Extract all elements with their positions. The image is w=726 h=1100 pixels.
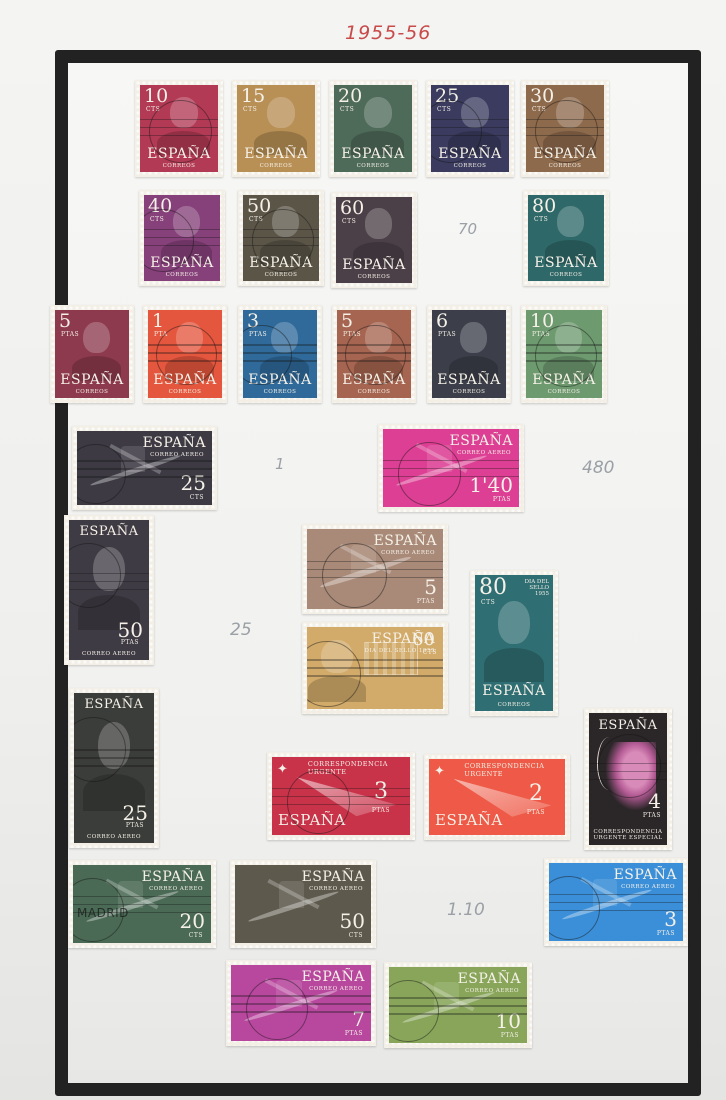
stamp-caption: CORREOS (528, 272, 604, 278)
stamp-franco-1p: ESPAÑACORREOS1PTA (143, 305, 227, 403)
stamp-unit: PTAS (61, 331, 79, 338)
postmark-line (389, 1013, 527, 1015)
stamp-country: ESPAÑA (475, 683, 553, 699)
portrait-illustration (453, 321, 494, 376)
stamp-design: ESPAÑACORREO AEREO5PTAS (307, 529, 443, 609)
stamp-country: ESPAÑA (614, 867, 677, 883)
postmark-line (383, 460, 519, 462)
stamp-franco-30c: ESPAÑACORREOS30CTS (521, 80, 609, 177)
stamp-design: ESPAÑACORREOS80CTS (528, 195, 604, 281)
stamp-dia-sello-60c: ESPAÑADIA DEL SELLO 195560CTS (302, 622, 448, 714)
stamp-unit: PTAS (493, 496, 511, 503)
stamp-caption: CORREO AEREO (381, 550, 435, 556)
stamp-unit: PTAS (643, 812, 661, 819)
stamp-value: 6 (436, 312, 448, 331)
stamp-caption: CORREOS (334, 163, 412, 169)
postmark-line (431, 135, 509, 137)
stamp-design: ESPAÑACORREO AEREO25CTS (77, 431, 212, 505)
postmark-line (389, 997, 527, 999)
stamp-country: ESPAÑA (74, 697, 154, 712)
stamp-caption: CORREO AEREO (74, 834, 154, 840)
postmark (535, 100, 599, 164)
stamp-country: ESPAÑA (336, 257, 412, 273)
stamp-urgente-3p: ✦ESPAÑACORRESPONDENCIA URGENTE3PTAS (267, 752, 415, 840)
stamp-caption: CORREOS (140, 163, 218, 169)
portrait-illustration (259, 95, 303, 149)
stamp-value: 50 (340, 911, 365, 931)
postmark-line (337, 360, 411, 362)
stamp-caption: CORREOS (148, 389, 222, 395)
stamp-franco-10p: ESPAÑACORREOS10PTAS (521, 305, 607, 403)
postmark-line (77, 468, 212, 470)
stamp-unit: PTAS (657, 930, 675, 937)
stamp-urgente-2p: ✦ESPAÑACORRESPONDENCIA URGENTE2PTAS (424, 754, 570, 840)
postmark-line (243, 237, 319, 239)
postmark-line (74, 749, 154, 751)
stamp-franco-50c: ESPAÑACORREOS50CTS (238, 190, 324, 286)
stamp-design: ✦ESPAÑACORRESPONDENCIA URGENTE3PTAS (272, 757, 410, 835)
postmark-line (307, 667, 443, 669)
stamp-caption: CORREOS (243, 389, 317, 395)
stamp-caption: CORRESPONDENCIA URGENTE ESPECIAL (589, 829, 667, 841)
stamp-value: 4 (648, 791, 661, 811)
stamp-franco-3p: ESPAÑACORREOS3PTAS (238, 305, 322, 403)
postmark-line (140, 119, 218, 121)
stamp-country: ESPAÑA (589, 718, 667, 733)
stamp-value: 5 (59, 312, 71, 331)
postmark (535, 325, 597, 387)
compass-star-icon: ✦ (434, 764, 445, 779)
stamp-caption: CORREOS (526, 389, 602, 395)
postmark-line (73, 896, 211, 898)
stamp-value: 60 (340, 199, 364, 218)
postmark (345, 325, 406, 386)
postmark-line (307, 659, 443, 661)
stamp-country: ESPAÑA (142, 869, 205, 885)
postmark-line (148, 344, 222, 346)
stamp-country: ESPAÑA (450, 433, 513, 449)
stamp-country: ESPAÑA (237, 146, 315, 162)
postmark-line (589, 771, 667, 773)
stamp-caption: CORREO AEREO (149, 886, 203, 892)
stamp-value: 50 (118, 620, 143, 640)
stamp-design: ESPAÑACORREO AEREO3PTAS (549, 863, 683, 941)
stamp-design: ESPAÑACORREOS60CTS (336, 197, 412, 283)
stamp-country: ESPAÑA (302, 969, 365, 985)
stamp-design: ESPAÑACORREO AEREO7PTAS (231, 965, 371, 1041)
postmark (252, 209, 314, 271)
postmark (287, 770, 351, 834)
stamp-country: ESPAÑA (55, 372, 129, 388)
postmark-line (589, 763, 667, 765)
stamp-unit: PTAS (438, 331, 456, 338)
postmark (149, 100, 213, 164)
stamp-value: 5 (341, 312, 353, 331)
stamp-country: ESPAÑA (302, 869, 365, 885)
stamp-value: 3 (664, 909, 677, 929)
stamp-franco-5p-brown: ESPAÑACORREOS5PTAS (332, 305, 416, 403)
stamp-country: ESPAÑA (432, 372, 506, 388)
stamp-country: ESPAÑA (458, 971, 521, 987)
stamp-design: ESPAÑACORREO AEREO50PTAS (69, 520, 149, 660)
stamp-franco-60c: ESPAÑACORREOS60CTS (331, 192, 417, 288)
pencil-note: 70 (458, 220, 477, 238)
postmark-line (389, 1005, 527, 1007)
stamp-franco-20c: ESPAÑACORREOS20CTS (329, 80, 417, 177)
stamp-design: ESPAÑACORREOS40CTS (144, 195, 220, 281)
stamp-design: ESPAÑACORREOS10CTS (140, 85, 218, 172)
stamp-design: ESPAÑACORREOS30CTS (526, 85, 604, 172)
pencil-note: 25 (230, 620, 252, 640)
postmark-line (307, 569, 443, 571)
stamp-airmail-1p40: ESPAÑACORREO AEREO1'40PTAS (378, 424, 524, 512)
stamp-franco-40c: ESPAÑACORREOS40CTS (139, 190, 225, 286)
postmark (246, 978, 308, 1040)
postmark-line (549, 902, 683, 904)
postmark-line (549, 910, 683, 912)
postmark-line (337, 352, 411, 354)
postmark-line (307, 675, 443, 677)
postmark-line (144, 237, 220, 239)
stamp-caption: CORREOS (337, 389, 411, 395)
postmark (598, 734, 662, 798)
postmark-line (337, 344, 411, 346)
album-page-title: 1955-56 (345, 22, 431, 44)
stamp-airmail-50c: ESPAÑACORREO AEREO50CTS (230, 860, 376, 948)
stamp-value: 80 (532, 197, 556, 216)
postmark-line (589, 779, 667, 781)
stamp-airmail-20c: ESPAÑACORREO AEREO20CTSMADRID (68, 860, 216, 948)
stamp-design: ESPAÑACORREO AEREO1'40PTAS (383, 429, 519, 507)
postmark (156, 325, 217, 386)
postmark-line (231, 1003, 371, 1005)
postmark-line (69, 581, 149, 583)
postmark-line (77, 460, 212, 462)
stamp-unit: CTS (481, 599, 495, 606)
stamp-airmail-quiroga-50p: ESPAÑACORREO AEREO50PTAS (64, 515, 154, 665)
stamp-design: ESPAÑACORREO AEREO25PTAS (74, 693, 154, 843)
stamp-design: ESPAÑACORREOS5PTAS (337, 310, 411, 398)
stamp-franco-5p-claret: ESPAÑACORREOS5PTAS (50, 305, 134, 403)
postmark-line (231, 995, 371, 997)
stamp-value: 1 (152, 312, 164, 331)
postmark-line (431, 119, 509, 121)
stamp-unit: PTAS (372, 807, 390, 814)
stamp-unit: CTS (340, 106, 354, 113)
stamp-caption: CORREO AEREO (621, 884, 675, 890)
postmark-line (526, 135, 604, 137)
stamp-country: ESPAÑA (528, 255, 604, 271)
pencil-note: 1.10 (447, 900, 485, 920)
stamp-caption: CORREOS (144, 272, 220, 278)
stamp-value: 5 (424, 577, 437, 597)
stamp-value: 20 (180, 911, 205, 931)
postmark-line (243, 344, 317, 346)
stamp-caption: CORREOS (475, 702, 553, 708)
stamp-dia-sello-80c: DIA DEL SELLO 1955ESPAÑACORREOS80CTS (470, 570, 558, 716)
stamp-top-label: DIA DEL SELLO 1955 (515, 579, 549, 597)
stamp-design: ESPAÑADIA DEL SELLO 195560CTS (307, 627, 443, 709)
postmark-line (526, 352, 602, 354)
stamp-airmail-5p: ESPAÑACORREO AEREO5PTAS (302, 524, 448, 614)
portrait-illustration (76, 321, 117, 376)
postmark-line (307, 561, 443, 563)
stamp-caption: CORREO AEREO (457, 450, 511, 456)
postmark-line (74, 757, 154, 759)
stamp-unit: PTAS (345, 1030, 363, 1037)
stamp-caption: CORREOS (243, 272, 319, 278)
stamp-unit: CTS (534, 216, 548, 223)
stamp-caption: CORRESPONDENCIA URGENTE (464, 762, 565, 778)
stamp-caption: CORREO AEREO (309, 886, 363, 892)
postmark (398, 442, 462, 506)
postmark-line (431, 127, 509, 129)
stamp-unit: CTS (423, 649, 437, 705)
stamp-value: 1'40 (469, 475, 513, 495)
stamp-design: ESPAÑACORREOS5PTAS (55, 310, 129, 398)
stamp-unit: PTAS (417, 598, 435, 605)
postmark-line (243, 360, 317, 362)
stamp-airmail-fortuny-25p: ESPAÑACORREO AEREO25PTAS (69, 688, 159, 848)
postmark (322, 543, 387, 608)
pencil-note: 480 (582, 458, 614, 478)
stamp-caption: CORREOS (431, 163, 509, 169)
stamp-unit: CTS (243, 106, 257, 113)
stamp-caption: CORREO AEREO (309, 986, 363, 992)
stamp-design: ESPAÑACORREOS3PTAS (243, 310, 317, 398)
stamp-design: ESPAÑACORREOS10PTAS (526, 310, 602, 398)
stamp-caption: CORREOS (55, 389, 129, 395)
stamp-unit: PTAS (126, 822, 144, 829)
stamp-design: ✦ESPAÑACORRESPONDENCIA URGENTE2PTAS (429, 759, 565, 835)
stamp-airmail-7p: ESPAÑACORREO AEREO7PTAS (226, 960, 376, 1046)
stamp-unit: CTS (190, 494, 204, 501)
postmark-text: MADRID (77, 906, 129, 920)
stamp-unit: PTAS (527, 809, 545, 816)
postmark-line (526, 119, 604, 121)
stamp-design: ESPAÑACORREO AEREO10PTAS (389, 967, 527, 1043)
postmark-line (140, 135, 218, 137)
stamp-franco-25c: ESPAÑACORREOS25CTS (426, 80, 514, 177)
postmark-line (243, 352, 317, 354)
stamp-unit: CTS (349, 932, 363, 939)
stamp-design: ESPAÑACORREOS25CTS (431, 85, 509, 172)
stamp-value: 80 (479, 577, 507, 599)
stamp-franco-6p: ESPAÑACORREOS6PTAS (427, 305, 511, 403)
stamp-unit: CTS (189, 932, 203, 939)
stamp-country: ESPAÑA (69, 524, 149, 539)
stamp-design: ESPAÑACORREO AEREO20CTSMADRID (73, 865, 211, 943)
postmark-line (140, 127, 218, 129)
compass-star-icon: ✦ (277, 762, 288, 777)
stamp-design: ESPAÑACORREOS6PTAS (432, 310, 506, 398)
stamp-value: 25 (123, 803, 148, 823)
postmark-line (549, 894, 683, 896)
stamp-franco-80c: ESPAÑACORREOS80CTS (523, 190, 609, 286)
postmark-line (74, 765, 154, 767)
stamp-urgente-especial-4p: ESPAÑACORRESPONDENCIA URGENTE ESPECIAL4P… (584, 708, 672, 850)
stamp-design: ESPAÑACORREOS15CTS (237, 85, 315, 172)
postmark-line (144, 245, 220, 247)
postmark-line (526, 127, 604, 129)
postmark-line (272, 788, 410, 790)
stamp-value: 15 (241, 87, 265, 106)
stamp-airmail-25c: ESPAÑACORREO AEREO25CTS (72, 426, 217, 510)
stamp-design: ESPAÑACORREOS20CTS (334, 85, 412, 172)
stamp-unit: PTAS (121, 639, 139, 646)
stamp-caption: CORREOS (432, 389, 506, 395)
postmark-line (148, 360, 222, 362)
stamp-country: ESPAÑA (435, 811, 503, 829)
stamp-country: ESPAÑA (143, 435, 206, 451)
postmark-line (77, 476, 212, 478)
postmark-line (383, 468, 519, 470)
stamp-design: ESPAÑACORREO AEREO50CTS (235, 865, 371, 943)
stamp-caption: CORREOS (526, 163, 604, 169)
postmark-line (148, 352, 222, 354)
postmark-line (144, 229, 220, 231)
stamp-franco-10c: ESPAÑACORREOS10CTS (135, 80, 223, 177)
postmark-line (272, 796, 410, 798)
postmark-line (243, 245, 319, 247)
stamp-airmail-3p: ESPAÑACORREO AEREO3PTAS (544, 858, 688, 946)
stamp-caption: CORREO AEREO (150, 452, 204, 458)
stamp-design: DIA DEL SELLO 1955ESPAÑACORREOS80CTS (475, 575, 553, 711)
postmark-line (243, 229, 319, 231)
stamp-unit: CTS (342, 218, 356, 225)
stamp-caption: CORREOS (237, 163, 315, 169)
stamp-airmail-10p: ESPAÑACORREO AEREO10PTAS (384, 962, 532, 1048)
stamp-caption: CORREO AEREO (69, 651, 149, 657)
stamp-franco-15c: ESPAÑACORREOS15CTS (232, 80, 320, 177)
portrait-illustration (489, 599, 539, 674)
stamp-design: ESPAÑACORREOS1PTA (148, 310, 222, 398)
postmark-line (526, 360, 602, 362)
stamp-value: 20 (338, 87, 362, 106)
stamp-design: ESPAÑACORREOS50CTS (243, 195, 319, 281)
postmark-line (307, 577, 443, 579)
postmark-line (383, 476, 519, 478)
postmark-line (272, 804, 410, 806)
stamp-value: 3 (374, 781, 388, 803)
pencil-note: 1 (275, 455, 285, 473)
postmark-line (69, 573, 149, 575)
postmark-line (526, 344, 602, 346)
portrait-illustration (356, 95, 400, 149)
stamp-caption: CORREOS (336, 274, 412, 280)
stamp-unit: PTAS (501, 1032, 519, 1039)
postmark-line (231, 1011, 371, 1013)
stamp-caption: CORREO AEREO (465, 988, 519, 994)
stamp-country: ESPAÑA (374, 533, 437, 549)
stamp-value: 2 (529, 783, 543, 805)
airplane-illustration (246, 888, 341, 927)
postmark-line (69, 589, 149, 591)
stamp-country: ESPAÑA (334, 146, 412, 162)
stamp-design: ESPAÑACORRESPONDENCIA URGENTE ESPECIAL4P… (589, 713, 667, 845)
